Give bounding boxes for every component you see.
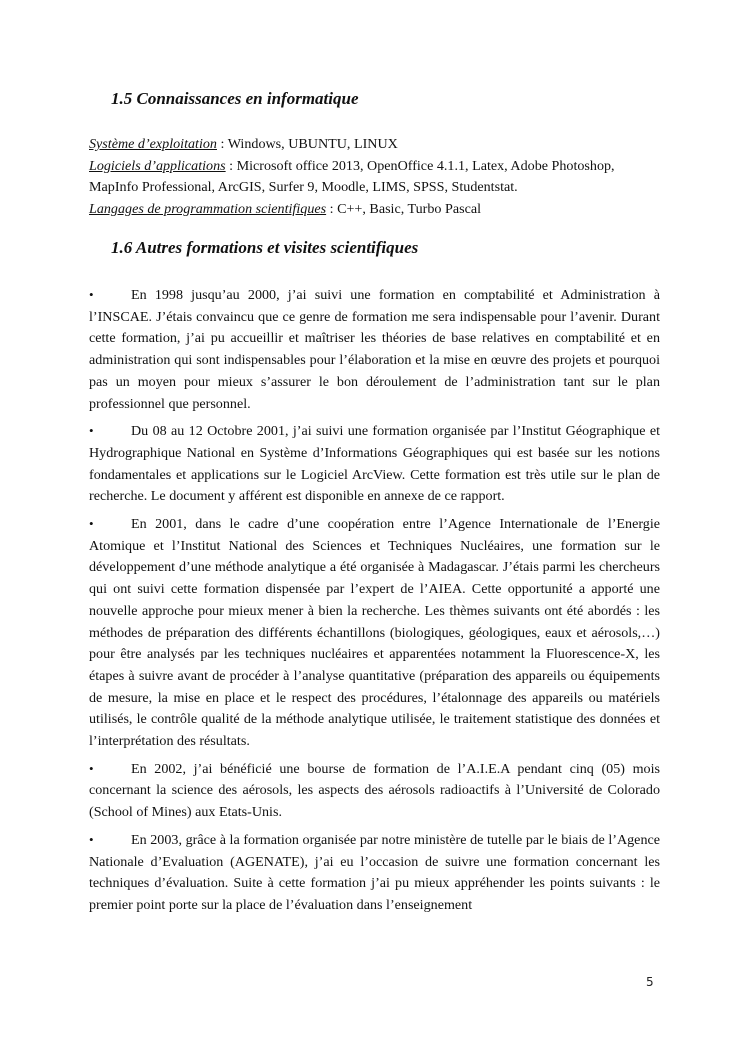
list-item-text: En 1998 jusqu’au 2000, j’ai suivi une fo…	[89, 287, 660, 412]
skill-apps: Logiciels d’applications : Microsoft off…	[89, 156, 660, 199]
list-item: •En 2001, dans le cadre d’une coopératio…	[89, 513, 660, 753]
list-item: •En 1998 jusqu’au 2000, j’ai suivi une f…	[89, 284, 660, 415]
bullet-icon: •	[89, 758, 131, 780]
bullet-icon: •	[89, 284, 131, 306]
skill-value: : Windows, UBUNTU, LINUX	[217, 136, 398, 152]
bullet-icon: •	[89, 420, 131, 442]
page-number: 5	[646, 975, 654, 989]
list-item-text: En 2002, j’ai bénéficié une bourse de fo…	[89, 761, 660, 820]
bullet-icon: •	[89, 513, 131, 535]
skill-value: : C++, Basic, Turbo Pascal	[326, 201, 481, 217]
section-heading-1-6: 1.6 Autres formations et visites scienti…	[111, 238, 418, 258]
list-item-text: En 2003, grâce à la formation organisée …	[89, 832, 660, 913]
list-item: •En 2003, grâce à la formation organisée…	[89, 829, 660, 917]
skill-languages: Langages de programmation scientifiques …	[89, 199, 660, 221]
skill-label: Langages de programmation scientifiques	[89, 201, 326, 217]
list-item: •Du 08 au 12 Octobre 2001, j’ai suivi un…	[89, 420, 660, 508]
list-item: •En 2002, j’ai bénéficié une bourse de f…	[89, 758, 660, 824]
skill-label: Logiciels d’applications	[89, 158, 226, 174]
bullet-icon: •	[89, 829, 131, 851]
list-item-text: Du 08 au 12 Octobre 2001, j’ai suivi une…	[89, 423, 660, 504]
section-heading-1-5: 1.5 Connaissances en informatique	[111, 89, 359, 109]
skills-list: Système d’exploitation : Windows, UBUNTU…	[89, 134, 660, 221]
training-list: •En 1998 jusqu’au 2000, j’ai suivi une f…	[89, 284, 660, 922]
list-item-text: En 2001, dans le cadre d’une coopération…	[89, 516, 660, 749]
skill-label: Système d’exploitation	[89, 136, 217, 152]
skill-os: Système d’exploitation : Windows, UBUNTU…	[89, 134, 660, 156]
